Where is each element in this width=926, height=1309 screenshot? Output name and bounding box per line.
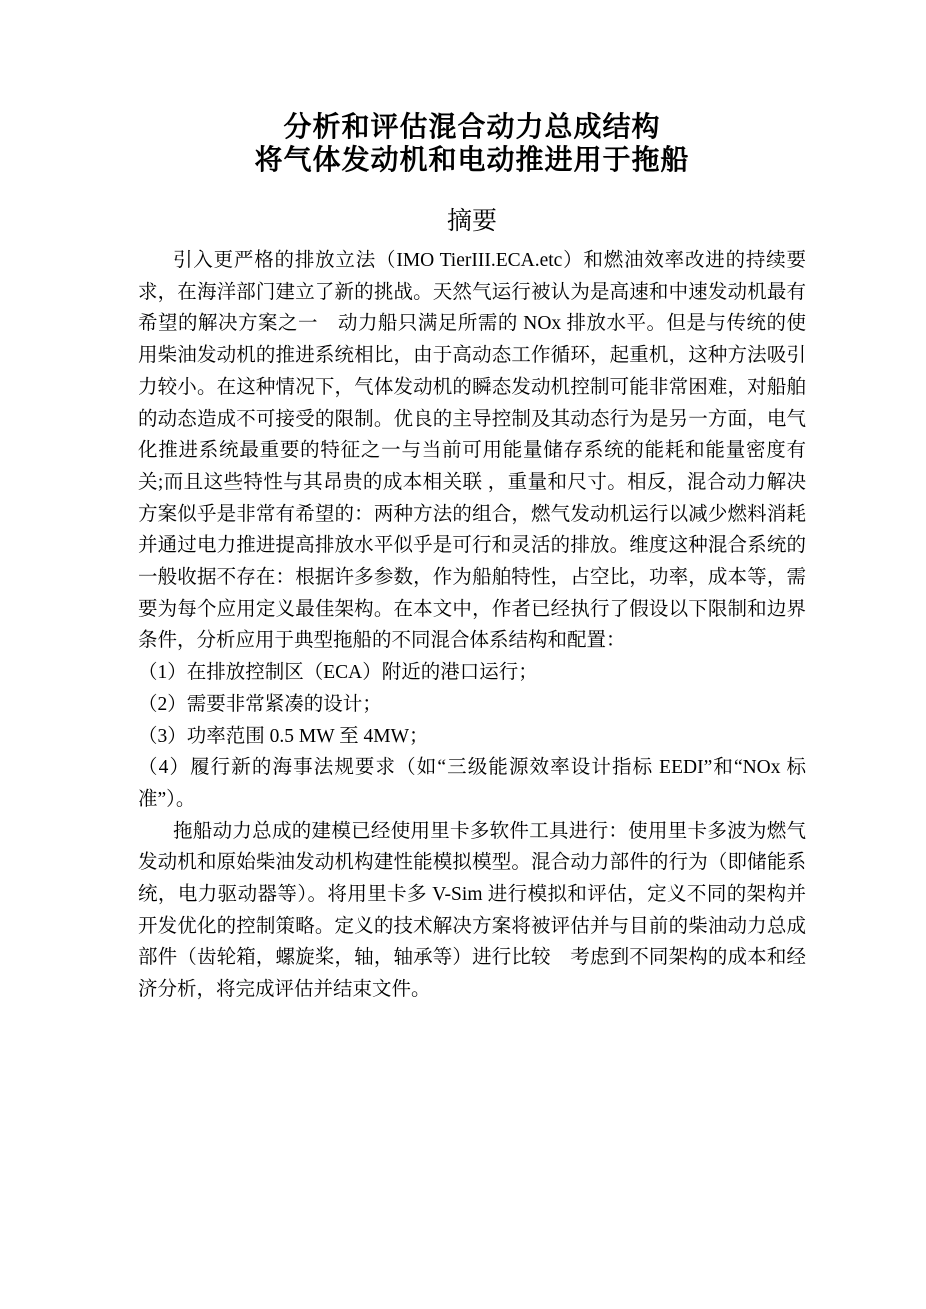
page-content: 分析和评估混合动力总成结构 将气体发动机和电动推进用于拖船 摘要 引入更严格的排… <box>138 110 806 1006</box>
condition-item-4: （4）履行新的海事法规要求（如“三级能源效率设计指标 EEDI”和“NOx 标准… <box>138 752 806 815</box>
abstract-body: 引入更严格的排放立法（IMO TierIII.ECA.etc）和燃油效率改进的持… <box>138 245 806 1006</box>
abstract-paragraph-2: 拖船动力总成的建模已经使用里卡多软件工具进行：使用里卡多波为燃气发动机和原始柴油… <box>138 816 806 1006</box>
title-line-1: 分析和评估混合动力总成结构 <box>138 110 806 143</box>
condition-item-3: （3）功率范围 0.5 MW 至 4MW； <box>138 721 806 753</box>
abstract-paragraph-1: 引入更严格的排放立法（IMO TierIII.ECA.etc）和燃油效率改进的持… <box>138 245 806 657</box>
abstract-heading: 摘要 <box>138 204 806 240</box>
condition-item-2: （2）需要非常紧凑的设计； <box>138 689 806 721</box>
document-page: 分析和评估混合动力总成结构 将气体发动机和电动推进用于拖船 摘要 引入更严格的排… <box>0 0 926 1309</box>
document-title: 分析和评估混合动力总成结构 将气体发动机和电动推进用于拖船 <box>138 110 806 176</box>
title-line-2: 将气体发动机和电动推进用于拖船 <box>138 143 806 176</box>
condition-item-1: （1）在排放控制区（ECA）附近的港口运行； <box>138 657 806 689</box>
